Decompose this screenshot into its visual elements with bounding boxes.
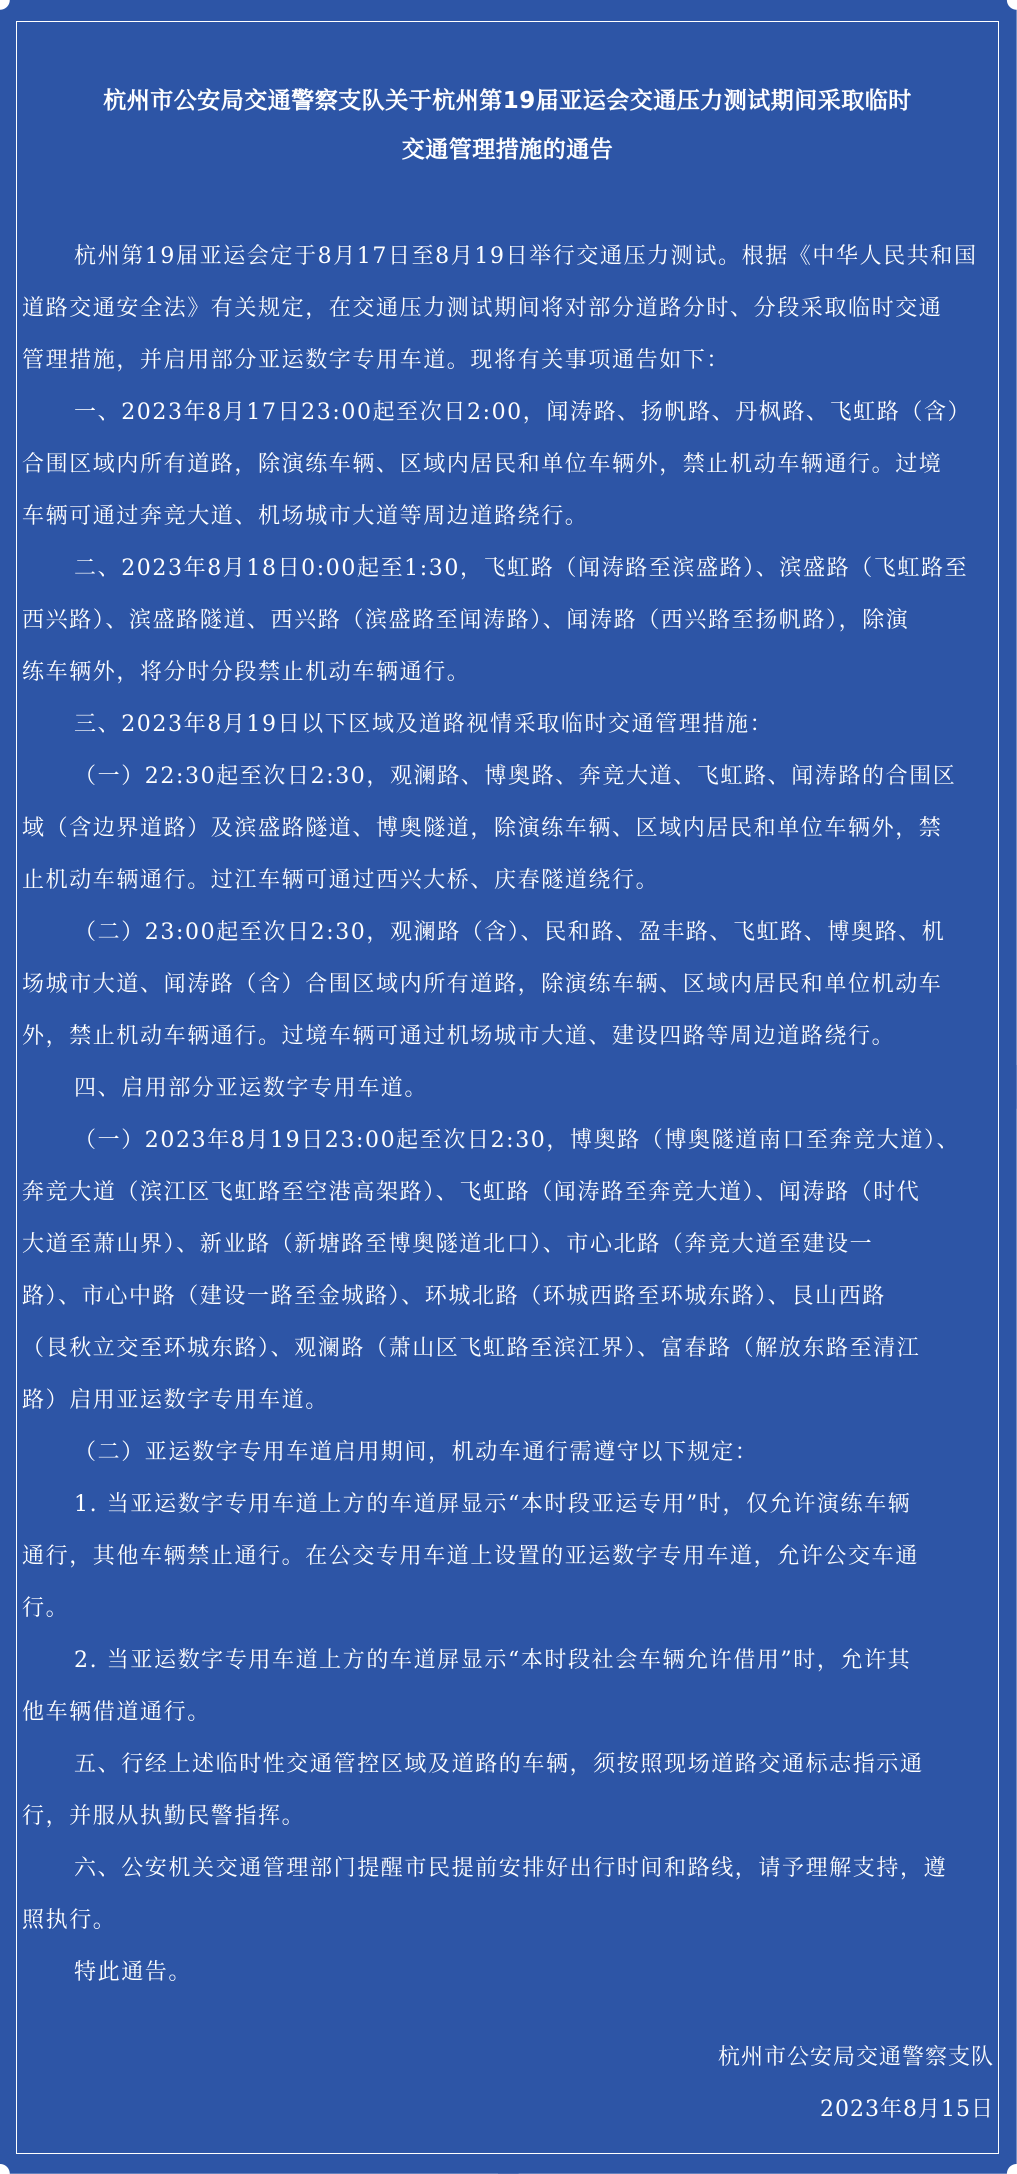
body-line: 照执行。 — [22, 1906, 997, 1936]
body-line: 止机动车辆通行。过江车辆可通过西兴大桥、庆春隧道绕行。 — [22, 866, 997, 896]
body-line: 场城市大道、闻涛路（含）合围区域内所有道路，除演练车辆、区域内居民和单位机动车 — [22, 970, 997, 1000]
body-line: （二）23:00起至次日2:30，观澜路（含）、民和路、盈丰路、飞虹路、博奥路、… — [22, 918, 997, 948]
body-line: 大道至萧山界）、新业路（新塘路至博奥隧道北口）、市心北路（奔竞大道至建设一 — [22, 1230, 997, 1260]
body-line: 外，禁止机动车辆通行。过境车辆可通过机场城市大道、建设四路等周边道路绕行。 — [22, 1022, 997, 1052]
body-line: 三、2023年8月19日以下区域及道路视情采取临时交通管理措施： — [22, 710, 997, 740]
body-line: 杭州第19届亚运会定于8月17日至8月19日举行交通压力测试。根据《中华人民共和… — [22, 242, 997, 272]
body-line: （一）2023年8月19日23:00起至次日2:30，博奥路（博奥隧道南口至奔竞… — [22, 1126, 997, 1156]
notice-title-line-2: 交通管理措施的通告 — [16, 135, 999, 165]
body-line: 车辆可通过奔竞大道、机场城市大道等周边道路绕行。 — [22, 502, 997, 532]
body-line: （一）22:30起至次日2:30，观澜路、博奥路、奔竞大道、飞虹路、闻涛路的合围… — [22, 762, 997, 792]
body-line: 域（含边界道路）及滨盛路隧道、博奥隧道，除演练车辆、区域内居民和单位车辆外，禁 — [22, 814, 997, 844]
body-line: 路）启用亚运数字专用车道。 — [22, 1386, 997, 1416]
body-line: 1. 当亚运数字专用车道上方的车道屏显示“本时段亚运专用”时，仅允许演练车辆 — [22, 1490, 997, 1520]
body-line: （二）亚运数字专用车道启用期间，机动车通行需遵守以下规定： — [22, 1438, 997, 1468]
issue-date: 2023年8月15日 — [16, 2095, 994, 2125]
body-line: 奔竞大道（滨江区飞虹路至空港高架路）、飞虹路（闻涛路至奔竞大道）、闻涛路（时代 — [22, 1178, 997, 1208]
body-line: 四、启用部分亚运数字专用车道。 — [22, 1074, 997, 1104]
body-line: 特此通告。 — [22, 1958, 997, 1988]
body-line: 2. 当亚运数字专用车道上方的车道屏显示“本时段社会车辆允许借用”时，允许其 — [22, 1646, 997, 1676]
notice-title-line-1: 杭州市公安局交通警察支队关于杭州第19届亚运会交通压力测试期间采取临时 — [16, 86, 999, 116]
body-line: 六、公安机关交通管理部门提醒市民提前安排好出行时间和路线，请予理解支持，遵 — [22, 1854, 997, 1884]
body-line: 行，并服从执勤民警指挥。 — [22, 1802, 997, 1832]
body-line: 通行，其他车辆禁止通行。在公交专用车道上设置的亚运数字专用车道，允许公交车通 — [22, 1542, 997, 1572]
body-line: （艮秋立交至环城东路）、观澜路（萧山区飞虹路至滨江界）、富春路（解放东路至清江 — [22, 1334, 997, 1364]
body-line: 练车辆外，将分时分段禁止机动车辆通行。 — [22, 658, 997, 688]
body-line: 西兴路）、滨盛路隧道、西兴路（滨盛路至闻涛路）、闻涛路（西兴路至扬帆路），除演 — [22, 606, 997, 636]
body-line: 行。 — [22, 1594, 997, 1624]
body-line: 二、2023年8月18日0:00起至1:30，飞虹路（闻涛路至滨盛路）、滨盛路（… — [22, 554, 997, 584]
body-line: 合围区域内所有道路，除演练车辆、区域内居民和单位车辆外，禁止机动车辆通行。过境 — [22, 450, 997, 480]
body-line: 路）、市心中路（建设一路至金城路）、环城北路（环城西路至环城东路）、艮山西路 — [22, 1282, 997, 1312]
body-line: 管理措施，并启用部分亚运数字专用车道。现将有关事项通告如下： — [22, 346, 997, 376]
issuer-signature: 杭州市公安局交通警察支队 — [16, 2043, 994, 2073]
body-line: 道路交通安全法》有关规定，在交通压力测试期间将对部分道路分时、分段采取临时交通 — [22, 294, 997, 324]
body-line: 五、行经上述临时性交通管控区域及道路的车辆，须按照现场道路交通标志指示通 — [22, 1750, 997, 1780]
body-line: 他车辆借道通行。 — [22, 1698, 997, 1728]
body-line: 一、2023年8月17日23:00起至次日2:00，闻涛路、扬帆路、丹枫路、飞虹… — [22, 398, 997, 428]
